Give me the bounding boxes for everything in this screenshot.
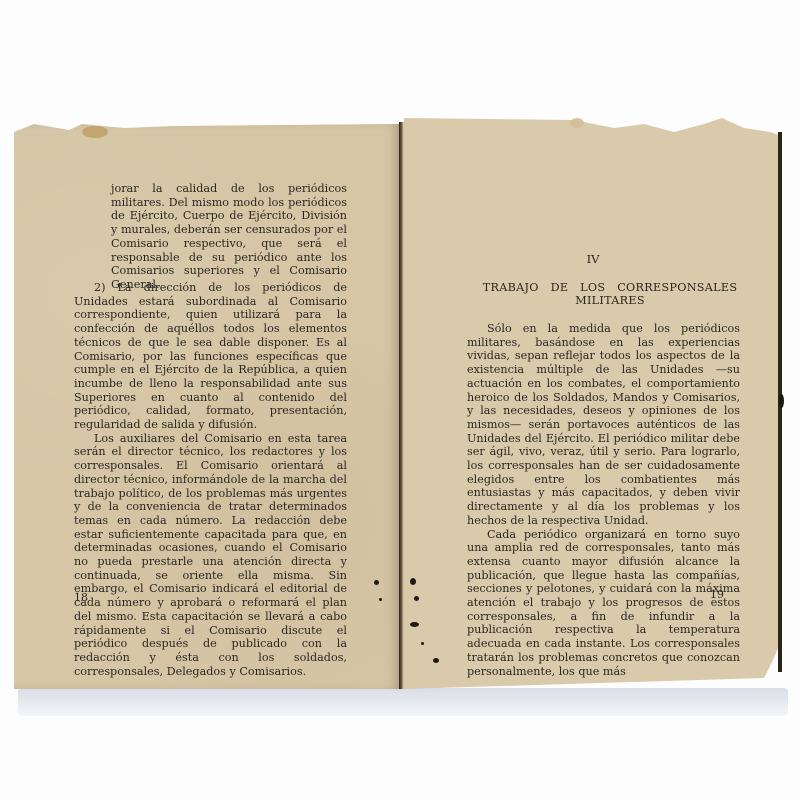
page-number-left: 18 — [74, 591, 88, 604]
chapter-title: TRABAJO DE LOS CORRESPONSALES MILITARES — [460, 281, 760, 307]
book-shadow — [18, 688, 788, 716]
worm-hole — [410, 622, 419, 627]
chapter-number: IV — [404, 252, 782, 266]
body-paragraph: Cada periódico organizará en torno suyo … — [467, 528, 740, 679]
page-number-right: 19 — [710, 588, 724, 601]
worm-hole — [433, 658, 439, 663]
paper-stain — [82, 126, 108, 138]
body-paragraph: 2) La dirección de los periódicos de Uni… — [74, 281, 347, 432]
chapter-title-line-2: MILITARES — [460, 294, 760, 307]
worm-hole — [379, 598, 382, 601]
worm-hole — [414, 596, 419, 601]
right-page-body: Sólo en la medida que los periódicos mil… — [467, 322, 740, 678]
book-spine — [399, 122, 404, 689]
worm-hole — [410, 578, 416, 585]
worm-hole — [421, 642, 424, 645]
worm-hole — [374, 580, 379, 585]
body-paragraph: Los auxiliares del Comisario en esta tar… — [74, 432, 347, 679]
left-page-body: 2) La dirección de los periódicos de Uni… — [74, 281, 347, 678]
worm-hole — [779, 394, 784, 408]
body-paragraph: Sólo en la medida que los periódicos mil… — [467, 322, 740, 528]
paper-stain — [570, 118, 584, 128]
continuation-paragraph: jorar la calidad de los periódicos milit… — [111, 182, 347, 292]
left-page-continuation: jorar la calidad de los periódicos milit… — [111, 182, 347, 292]
chapter-title-line-1: TRABAJO DE LOS CORRESPONSALES — [460, 281, 760, 294]
